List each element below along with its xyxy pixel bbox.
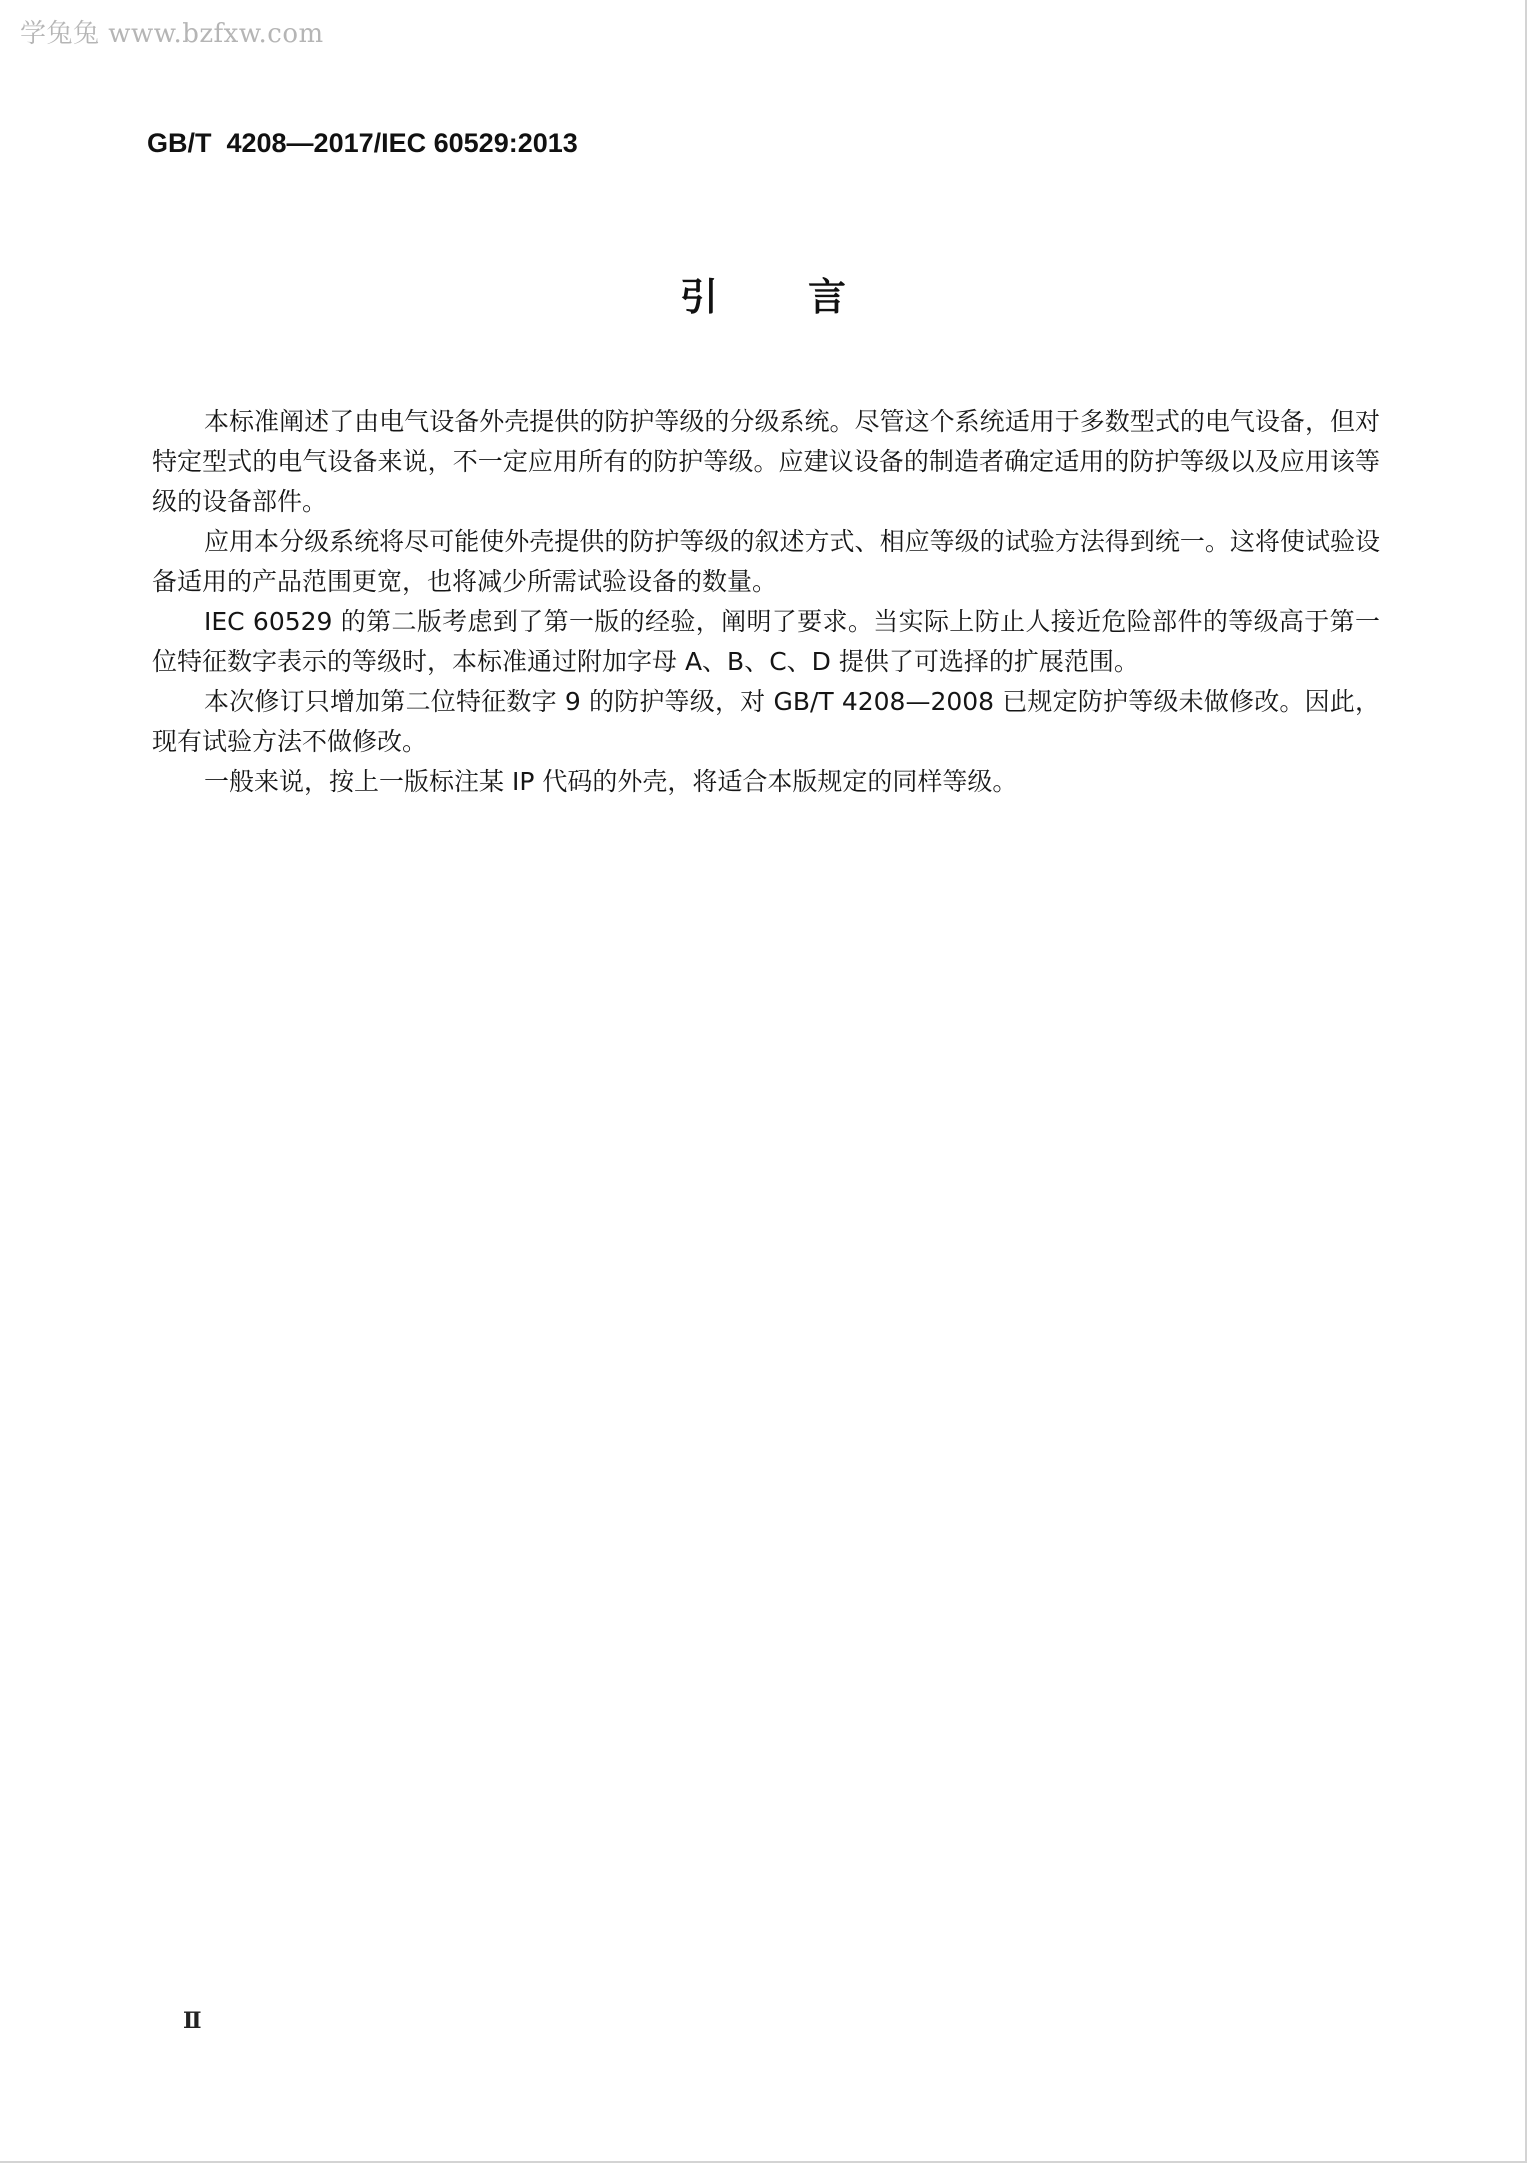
watermark: 学兔兔 www.bzfxw.com: [20, 13, 324, 50]
paragraph: IEC 60529 的第二版考虑到了第一版的经验，阐明了要求。当实际上防止人接近…: [152, 602, 1380, 682]
paragraph: 一般来说，按上一版标注某 IP 代码的外壳，将适合本版规定的同样等级。: [152, 762, 1380, 802]
paragraph: 本标准阐述了由电气设备外壳提供的防护等级的分级系统。尽管这个系统适用于多数型式的…: [152, 402, 1380, 522]
page-number: Ⅱ: [183, 2008, 202, 2034]
paragraph: 本次修订只增加第二位特征数字 9 的防护等级，对 GB/T 4208—2008 …: [152, 682, 1380, 762]
title-char-2: 言: [808, 266, 846, 321]
document-page: 学兔兔 www.bzfxw.com GB/T 4208—2017/IEC 605…: [0, 0, 1527, 2163]
introduction-body: 本标准阐述了由电气设备外壳提供的防护等级的分级系统。尽管这个系统适用于多数型式的…: [152, 402, 1380, 802]
section-title: 引言: [680, 266, 846, 321]
title-char-1: 引: [680, 266, 718, 321]
standard-number-header: GB/T 4208—2017/IEC 60529:2013: [147, 128, 578, 159]
paragraph: 应用本分级系统将尽可能使外壳提供的防护等级的叙述方式、相应等级的试验方法得到统一…: [152, 522, 1380, 602]
